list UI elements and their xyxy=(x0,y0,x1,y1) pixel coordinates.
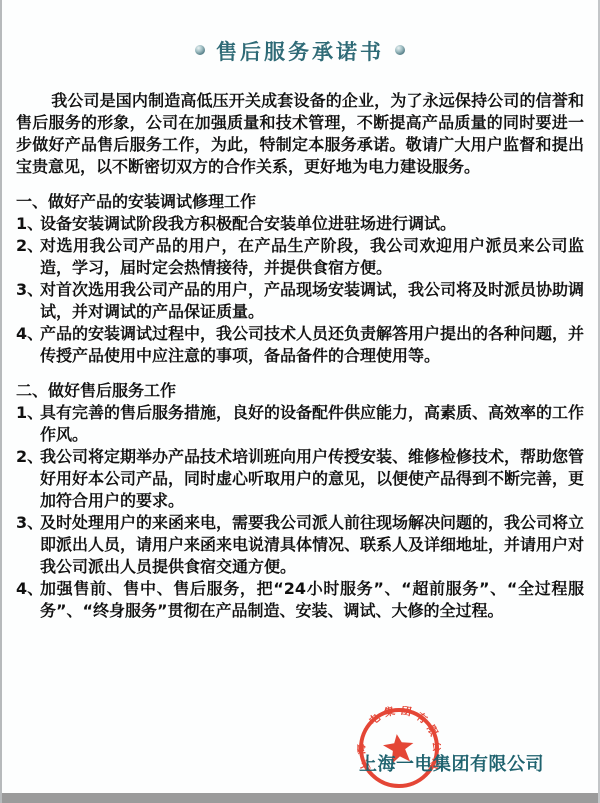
list-item: 4、 产品的安装调试过程中，我公司技术人员还负责解答用户提出的各种问题，并传授产… xyxy=(16,323,584,367)
list-item: 1、 具有完善的售后服务措施，良好的设备配件供应能力，高素质、高效率的工作作风。 xyxy=(16,402,584,446)
list-item: 4、 加强售前、售中、售后服务，把“24小时服务”、“超前服务”、“全过程服务”… xyxy=(16,578,584,622)
list-item-text: 我公司将定期举办产品技术培训班向用户传授安装、维修检修技术，帮助您管好用好本公司… xyxy=(40,446,584,512)
section-list: 1、 具有完善的售后服务措施，良好的设备配件供应能力，高素质、高效率的工作作风。… xyxy=(16,402,584,622)
section-after-sales: 二、做好售后服务工作 1、 具有完善的售后服务措施，良好的设备配件供应能力，高素… xyxy=(16,380,584,622)
list-item-number: 3、 xyxy=(16,279,40,301)
sphere-bullet-icon xyxy=(195,45,205,55)
list-item: 2、 我公司将定期举办产品技术培训班向用户传授安装、维修检修技术，帮助您管好用好… xyxy=(16,446,584,512)
list-item: 3、 及时处理用户的来函来电，需要我公司派人前往现场解决问题的，我公司将立即派出… xyxy=(16,512,584,578)
list-item-text: 设备安装调试阶段我方积极配合安装单位进驻场进行调试。 xyxy=(40,213,584,235)
title-row: 售后服务承诺书 xyxy=(2,36,598,66)
list-item: 3、 对首次选用我公司产品的用户，产品现场安装调试，我公司将及时派员协助调试，并… xyxy=(16,279,584,323)
document-body: 我公司是国内制造高低压开关成套设备的企业，为了永远保持公司的信誉和售后服务的形象… xyxy=(16,90,584,622)
list-item-text: 产品的安装调试过程中，我公司技术人员还负责解答用户提出的各种问题，并传授产品使用… xyxy=(40,323,584,367)
footer-area: 上海一电集团有限公司 上海一电集团有限公司 xyxy=(2,700,598,800)
sphere-bullet-icon xyxy=(395,45,405,55)
document-page: 售后服务承诺书 我公司是国内制造高低压开关成套设备的企业，为了永远保持公司的信誉… xyxy=(0,0,600,803)
company-seal-stamp-icon: 上海一电集团有限公司 xyxy=(357,706,441,790)
list-item-text: 对首次选用我公司产品的用户，产品现场安装调试，我公司将及时派员协助调试，并对调试… xyxy=(40,279,584,323)
list-item-number: 1、 xyxy=(16,213,40,235)
page-title: 售后服务承诺书 xyxy=(216,36,384,66)
intro-paragraph: 我公司是国内制造高低压开关成套设备的企业，为了永远保持公司的信誉和售后服务的形象… xyxy=(16,90,584,178)
list-item-text: 加强售前、售中、售后服务，把“24小时服务”、“超前服务”、“全过程服务”、“终… xyxy=(40,578,584,622)
list-item-text: 对选用我公司产品的用户，在产品生产阶段，我公司欢迎用户派员来公司监造，学习，届时… xyxy=(40,235,584,279)
list-item: 1、 设备安装调试阶段我方积极配合安装单位进驻场进行调试。 xyxy=(16,213,584,235)
list-item: 2、 对选用我公司产品的用户，在产品生产阶段，我公司欢迎用户派员来公司监造，学习… xyxy=(16,235,584,279)
list-item-number: 4、 xyxy=(16,323,40,345)
list-item-number: 2、 xyxy=(16,446,40,468)
section-heading: 一、做好产品的安装调试修理工作 xyxy=(16,191,584,213)
list-item-text: 具有完善的售后服务措施，良好的设备配件供应能力，高素质、高效率的工作作风。 xyxy=(40,402,584,446)
list-item-number: 3、 xyxy=(16,512,40,534)
list-item-number: 4、 xyxy=(16,578,40,600)
list-item-number: 1、 xyxy=(16,402,40,424)
section-installation: 一、做好产品的安装调试修理工作 1、 设备安装调试阶段我方积极配合安装单位进驻场… xyxy=(16,191,584,367)
company-name: 上海一电集团有限公司 xyxy=(359,750,544,776)
page-bottom-edge xyxy=(2,793,598,803)
section-list: 1、 设备安装调试阶段我方积极配合安装单位进驻场进行调试。 2、 对选用我公司产… xyxy=(16,213,584,367)
list-item-text: 及时处理用户的来函来电，需要我公司派人前往现场解决问题的，我公司将立即派出人员，… xyxy=(40,512,584,578)
section-heading: 二、做好售后服务工作 xyxy=(16,380,584,402)
list-item-number: 2、 xyxy=(16,235,40,257)
